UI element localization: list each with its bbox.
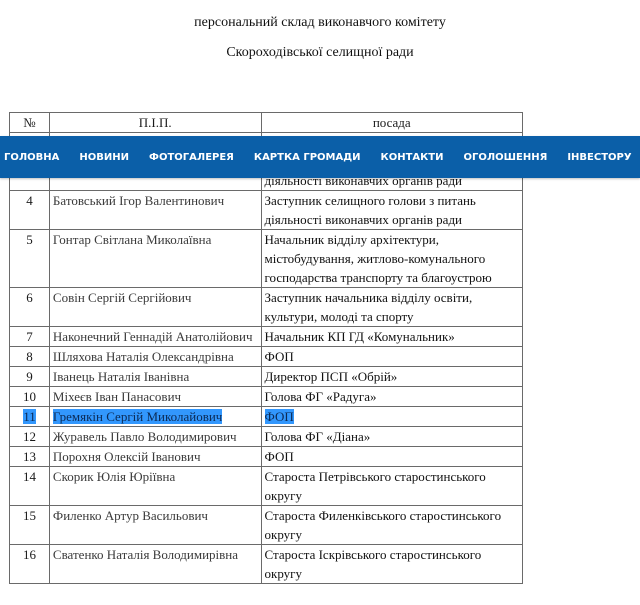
table-row: 8Шляхова Наталія ОлександрівнаФОП xyxy=(10,347,523,367)
row-name-cell: Шляхова Наталія Олександрівна xyxy=(49,347,261,367)
row-position[interactable]: Заступник начальника відділу освіти, кул… xyxy=(265,290,473,324)
table-row: 9Іванець Наталія ІванівнаДиректор ПСП «О… xyxy=(10,367,523,387)
table-row: 10Міхеєв Іван ПанасовичГолова ФГ «Радуга… xyxy=(10,387,523,407)
row-number[interactable]: 4 xyxy=(26,193,33,208)
row-name[interactable]: Шляхова Наталія Олександрівна xyxy=(53,349,234,364)
row-number-cell: 7 xyxy=(10,327,50,347)
row-number-cell: 14 xyxy=(10,467,50,506)
row-number[interactable]: 5 xyxy=(26,232,33,247)
row-position-cell: Староста Филенківського старостинського … xyxy=(261,506,522,545)
row-name[interactable]: Скорик Юлія Юріївна xyxy=(53,469,175,484)
row-name[interactable]: Порохня Олексій Іванович xyxy=(53,449,201,464)
table-row: 11Гремякін Сергій МиколайовичФОП xyxy=(10,407,523,427)
nav-item-6[interactable]: ІНВЕСТОРУ xyxy=(557,152,640,163)
table-row: 12Журавель Павло ВолодимировичГолова ФГ … xyxy=(10,427,523,447)
row-name[interactable]: Сватенко Наталія Володимирівна xyxy=(53,547,238,562)
row-position[interactable]: ФОП xyxy=(265,409,294,424)
row-name[interactable]: Гонтар Світлана Миколаївна xyxy=(53,232,211,247)
row-position-cell: ФОП xyxy=(261,447,522,467)
row-position[interactable]: ФОП xyxy=(265,449,294,464)
table-row: 5Гонтар Світлана МиколаївнаНачальник від… xyxy=(10,230,523,288)
row-name[interactable]: Міхеєв Іван Панасович xyxy=(53,389,181,404)
staff-table: № П.І.П. посада 3Петренко Юрій Васильови… xyxy=(9,112,523,584)
row-name-cell: Совін Сергій Сергійович xyxy=(49,288,261,327)
row-position[interactable]: Директор ПСП «Обрій» xyxy=(265,369,398,384)
row-position[interactable]: Староста Филенківського старостинського … xyxy=(265,508,502,542)
column-header-number: № xyxy=(10,113,50,133)
column-header-name: П.І.П. xyxy=(49,113,261,133)
nav-item-5[interactable]: ОГОЛОШЕННЯ xyxy=(454,152,558,163)
row-number-cell: 4 xyxy=(10,191,50,230)
row-name-cell: Іванець Наталія Іванівна xyxy=(49,367,261,387)
row-position-cell: Голова ФГ «Діана» xyxy=(261,427,522,447)
row-number-cell: 15 xyxy=(10,506,50,545)
row-position-cell: Староста Петрівського старостинського ок… xyxy=(261,467,522,506)
table-row: 16Сватенко Наталія ВолодимирівнаСтароста… xyxy=(10,545,523,584)
nav-item-2[interactable]: ФОТОГАЛЕРЕЯ xyxy=(139,152,244,163)
row-position-cell: Начальник КП ГД «Комунальник» xyxy=(261,327,522,347)
row-number[interactable]: 6 xyxy=(26,290,33,305)
row-number[interactable]: 7 xyxy=(26,329,33,344)
row-position[interactable]: Начальник відділу архітектури, містобуду… xyxy=(265,232,492,285)
row-number-cell: 9 xyxy=(10,367,50,387)
row-number[interactable]: 13 xyxy=(23,449,36,464)
nav-item-0[interactable]: ГОЛОВНА xyxy=(0,152,69,163)
row-position-cell: ФОП xyxy=(261,407,522,427)
row-number[interactable]: 14 xyxy=(23,469,36,484)
row-position-cell: Начальник відділу архітектури, містобуду… xyxy=(261,230,522,288)
row-number-cell: 16 xyxy=(10,545,50,584)
table-row: 14Скорик Юлія ЮріївнаСтароста Петрівсько… xyxy=(10,467,523,506)
row-number-cell: 6 xyxy=(10,288,50,327)
nav-item-4[interactable]: КОНТАКТИ xyxy=(371,152,454,163)
row-name-cell: Наконечний Геннадій Анатолійович xyxy=(49,327,261,347)
row-name-cell: Гонтар Світлана Миколаївна xyxy=(49,230,261,288)
row-number-cell: 11 xyxy=(10,407,50,427)
row-position-cell: Заступник селищного голови з питань діял… xyxy=(261,191,522,230)
row-name-cell: Сватенко Наталія Володимирівна xyxy=(49,545,261,584)
row-name-cell: Батовський Ігор Валентинович xyxy=(49,191,261,230)
table-row: 6Совін Сергій СергійовичЗаступник началь… xyxy=(10,288,523,327)
row-number[interactable]: 10 xyxy=(23,389,36,404)
row-position[interactable]: Голова ФГ «Радуга» xyxy=(265,389,377,404)
row-name-cell: Филенко Артур Васильович xyxy=(49,506,261,545)
row-position-cell: Заступник начальника відділу освіти, кул… xyxy=(261,288,522,327)
table-row: 4Батовський Ігор ВалентиновичЗаступник с… xyxy=(10,191,523,230)
row-number-cell: 8 xyxy=(10,347,50,367)
table-row: 7Наконечний Геннадій АнатолійовичНачальн… xyxy=(10,327,523,347)
column-header-position: посада xyxy=(261,113,522,133)
row-name[interactable]: Батовський Ігор Валентинович xyxy=(53,193,224,208)
row-number[interactable]: 12 xyxy=(23,429,36,444)
document-subtitle: Скороходівської селищної ради xyxy=(0,45,640,61)
row-position[interactable]: Заступник селищного голови з питань діял… xyxy=(265,193,476,227)
row-position-cell: Директор ПСП «Обрій» xyxy=(261,367,522,387)
main-navigation: ГОЛОВНАНОВИНИФОТОГАЛЕРЕЯКАРТКА ГРОМАДИКО… xyxy=(0,136,640,178)
nav-item-3[interactable]: КАРТКА ГРОМАДИ xyxy=(244,152,371,163)
row-name[interactable]: Гремякін Сергій Миколайович xyxy=(53,409,222,424)
row-position-cell: Голова ФГ «Радуга» xyxy=(261,387,522,407)
row-name-cell: Журавель Павло Володимирович xyxy=(49,427,261,447)
row-number[interactable]: 15 xyxy=(23,508,36,523)
row-number[interactable]: 16 xyxy=(23,547,36,562)
row-number[interactable]: 9 xyxy=(26,369,33,384)
row-number-cell: 5 xyxy=(10,230,50,288)
row-position-cell: ФОП xyxy=(261,347,522,367)
row-number[interactable]: 8 xyxy=(26,349,33,364)
row-name[interactable]: Филенко Артур Васильович xyxy=(53,508,208,523)
table-row: 15Филенко Артур ВасильовичСтароста Филен… xyxy=(10,506,523,545)
row-number-cell: 10 xyxy=(10,387,50,407)
row-name-cell: Гремякін Сергій Миколайович xyxy=(49,407,261,427)
row-position-cell: Староста Іскрівського старостинського ок… xyxy=(261,545,522,584)
row-name-cell: Міхеєв Іван Панасович xyxy=(49,387,261,407)
table-header-row: № П.І.П. посада xyxy=(10,113,523,133)
document-title: персональний склад виконавчого комітету xyxy=(0,15,640,31)
nav-item-1[interactable]: НОВИНИ xyxy=(69,152,139,163)
row-name-cell: Скорик Юлія Юріївна xyxy=(49,467,261,506)
row-name[interactable]: Іванець Наталія Іванівна xyxy=(53,369,189,384)
row-position[interactable]: Староста Іскрівського старостинського ок… xyxy=(265,547,482,581)
row-name[interactable]: Совін Сергій Сергійович xyxy=(53,290,192,305)
row-position[interactable]: ФОП xyxy=(265,349,294,364)
row-number-cell: 13 xyxy=(10,447,50,467)
row-name[interactable]: Журавель Павло Володимирович xyxy=(53,429,237,444)
row-number[interactable]: 11 xyxy=(23,409,36,424)
table-row: 13Порохня Олексій ІвановичФОП xyxy=(10,447,523,467)
row-name-cell: Порохня Олексій Іванович xyxy=(49,447,261,467)
row-position[interactable]: Голова ФГ «Діана» xyxy=(265,429,371,444)
row-position[interactable]: Староста Петрівського старостинського ок… xyxy=(265,469,486,503)
row-name[interactable]: Наконечний Геннадій Анатолійович xyxy=(53,329,253,344)
row-position[interactable]: Начальник КП ГД «Комунальник» xyxy=(265,329,455,344)
row-number-cell: 12 xyxy=(10,427,50,447)
